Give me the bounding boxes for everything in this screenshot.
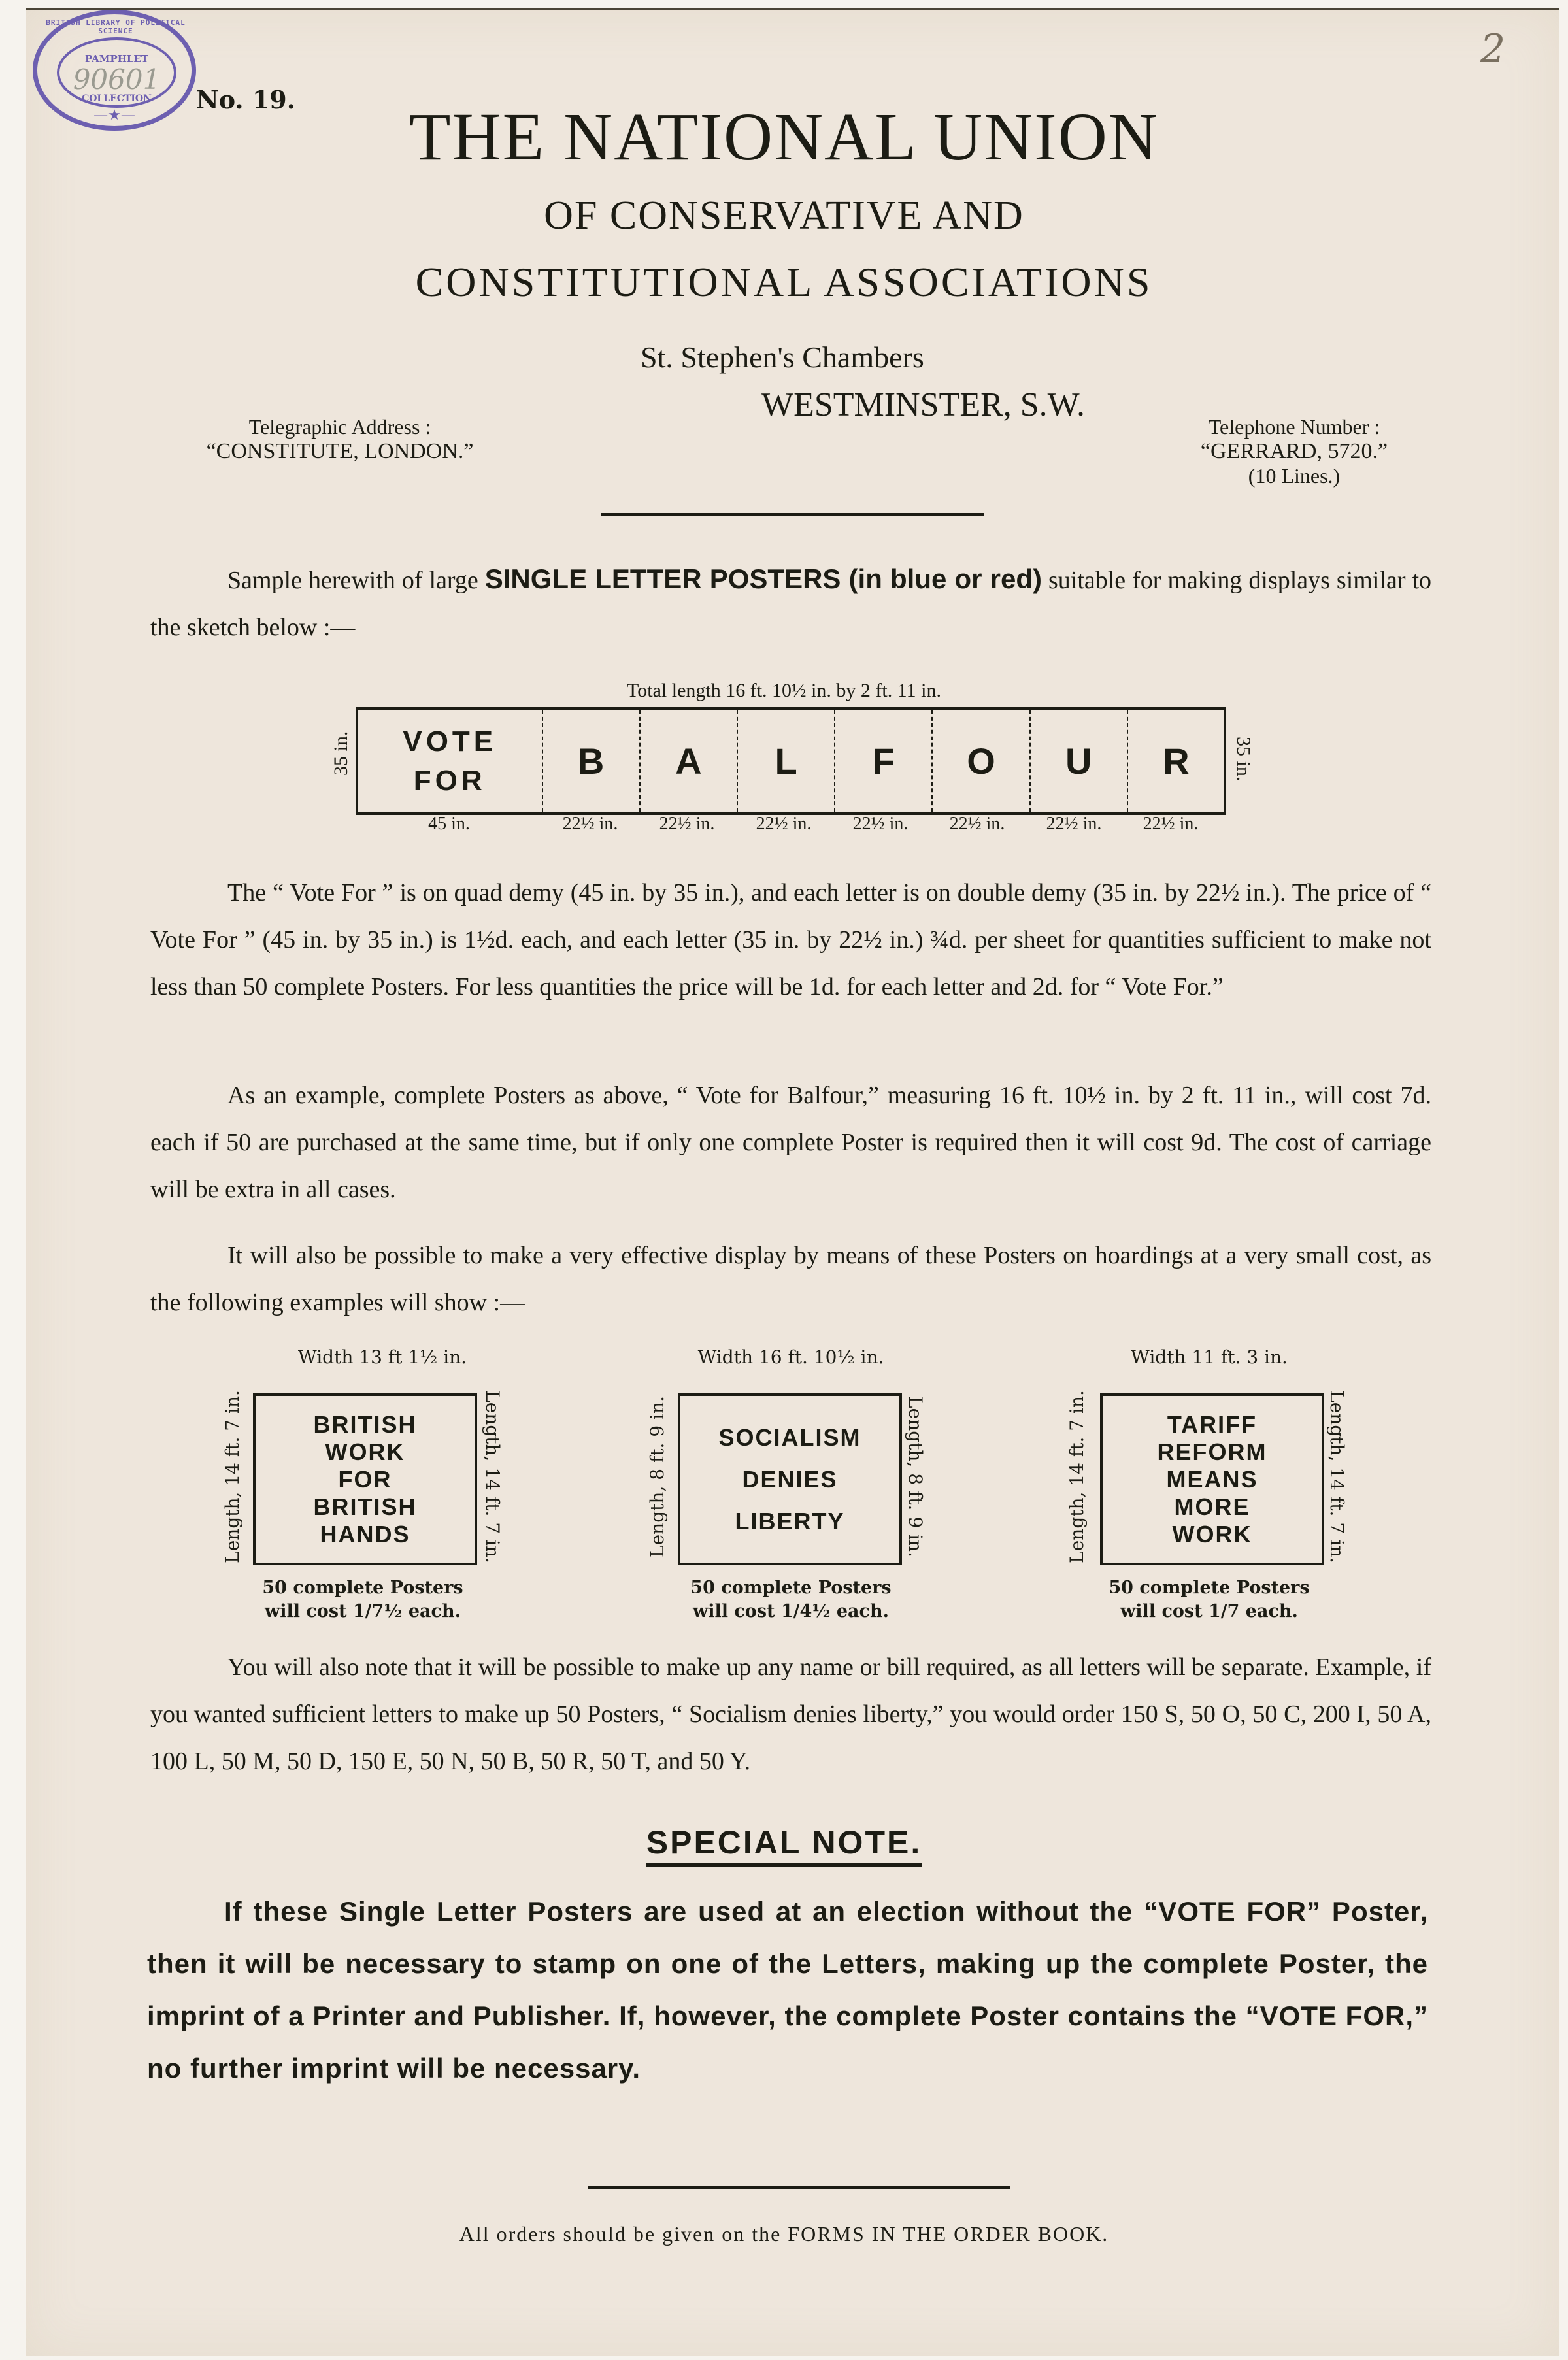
subtitle-line1: OF CONSERVATIVE AND [0,193,1568,239]
stamp-handwritten-number: 90601 [59,63,174,95]
telephone-label: Telephone Number : [1150,415,1438,439]
hoardings-text: It will also be possible to make a very … [150,1242,1431,1316]
poster-line: BRITISH [314,1493,417,1521]
pricing-paragraph: The “ Vote For ” is on quad demy (45 in.… [150,869,1431,1010]
example-width: Width 16 ft. 10½ in. [637,1346,944,1368]
example-cost: 50 complete Posters will cost 1/7 each. [1056,1576,1363,1623]
example-length-right: Length, 8 ft. 9 in. [902,1393,928,1560]
example-length-right: Length, 14 ft. 7 in. [479,1393,505,1560]
intro-paragraph: Sample herewith of large SINGLE LETTER P… [150,556,1431,651]
stamp-inner-oval: PAMPHLET 90601 COLLECTION [57,37,176,108]
telegraphic-label: Telegraphic Address : [170,415,510,439]
example-cost: 50 complete Posters will cost 1/7½ each. [212,1576,513,1623]
poster-line: SOCIALISM [718,1417,861,1459]
address-line1: St. Stephen's Chambers [641,340,924,374]
cost-line: 50 complete Posters [212,1576,513,1600]
cost-line: 50 complete Posters [1056,1576,1363,1600]
special-note-body: If these Single Letter Posters are used … [147,1886,1428,2095]
example-text: As an example, complete Posters as above… [150,1082,1431,1203]
header-divider [601,513,984,516]
telephone-value: “GERRARD, 5720.” [1150,439,1438,464]
example-length-left: Length, 14 ft. 7 in. [219,1393,245,1560]
example-length-left: Length, 8 ft. 9 in. [644,1393,670,1560]
example-width: Width 13 ft 1½ in. [212,1346,552,1368]
example-poster-british-work: Width 13 ft 1½ in. Length, 14 ft. 7 in. … [212,1346,552,1621]
example-poster-socialism: Width 16 ft. 10½ in. Length, 8 ft. 9 in.… [637,1346,944,1621]
vote-label: VOTE [403,722,497,761]
cost-line: will cost 1/7½ each. [212,1600,513,1623]
page-title: THE NATIONAL UNION [0,98,1568,176]
footer-divider [588,2186,1010,2189]
letter-panel: R [1128,710,1224,812]
subtitle-line2: CONSTITUTIONAL ASSOCIATIONS [0,258,1568,307]
example-poster-box: SOCIALISM DENIES LIBERTY [678,1393,902,1565]
telegraphic-value: “CONSTITUTE, LONDON.” [170,439,510,464]
vote-for-panel: VOTE FOR [358,710,543,812]
telegraphic-address: Telegraphic Address : “CONSTITUTE, LONDO… [170,415,510,464]
telephone-lines: (10 Lines.) [1150,464,1438,488]
width-label: 22½ in. [1122,814,1219,835]
intro-text-pre: Sample herewith of large [227,567,478,594]
for-label: FOR [414,761,486,801]
telephone-number: Telephone Number : “GERRARD, 5720.” (10 … [1150,415,1438,488]
poster-line: BRITISH [314,1411,417,1438]
diagram-caption: Total length 16 ft. 10½ in. by 2 ft. 11 … [0,680,1568,702]
intro-bold-text: SINGLE LETTER POSTERS (in blue or red) [485,563,1042,594]
letter-panel: B [543,710,641,812]
poster-line: MEANS [1166,1466,1258,1493]
footer-note: All orders should be given on the FORMS … [0,2222,1568,2246]
poster-line: DENIES [742,1459,837,1501]
letter-panel: O [933,710,1030,812]
width-label: 45 in. [356,814,542,835]
special-note-heading: SPECIAL NOTE. [0,1823,1568,1861]
vote-for-balfour-diagram: VOTE FOR B A L F O U R [356,707,1226,815]
letter-panel: L [738,710,835,812]
width-label: 22½ in. [929,814,1026,835]
example-cost: 50 complete Posters will cost 1/4½ each. [637,1576,944,1623]
cost-line: will cost 1/7 each. [1056,1600,1363,1623]
poster-line: TARIFF [1167,1411,1257,1438]
pencil-page-mark: 2 [1480,26,1505,72]
letter-panel: F [835,710,933,812]
pricing-text: The “ Vote For ” is on quad demy (45 in.… [150,879,1431,1001]
width-label: 22½ in. [1026,814,1122,835]
special-note-heading-text: SPECIAL NOTE. [646,1824,922,1867]
example-poster-box: TARIFF REFORM MEANS MORE WORK [1100,1393,1324,1565]
address-line2: WESTMINSTER, S.W. [761,386,1085,424]
cost-line: will cost 1/4½ each. [637,1600,944,1623]
width-label: 22½ in. [639,814,735,835]
diagram-height-left: 35 in. [322,745,361,771]
width-label: 22½ in. [832,814,929,835]
poster-line: LIBERTY [735,1501,844,1542]
poster-line: FOR [339,1466,392,1493]
poster-line: WORK [325,1438,405,1466]
width-label: 22½ in. [542,814,639,835]
hoardings-paragraph: It will also be possible to make a very … [150,1232,1431,1326]
example-length-right: Length, 14 ft. 7 in. [1324,1393,1350,1560]
poster-line: WORK [1173,1521,1252,1548]
ordering-paragraph: You will also note that it will be possi… [150,1644,1431,1785]
poster-line: REFORM [1158,1438,1267,1466]
diagram-width-labels: 45 in. 22½ in. 22½ in. 22½ in. 22½ in. 2… [356,814,1226,835]
example-width: Width 11 ft. 3 in. [1056,1346,1363,1368]
cost-line: 50 complete Posters [637,1576,944,1600]
special-note-text: If these Single Letter Posters are used … [147,1896,1428,2084]
letter-panel: A [641,710,738,812]
letter-panel: U [1031,710,1128,812]
example-poster-box: BRITISH WORK FOR BRITISH HANDS [253,1393,477,1565]
poster-line: HANDS [320,1521,410,1548]
ordering-text: You will also note that it will be possi… [150,1654,1431,1775]
width-label: 22½ in. [735,814,832,835]
example-poster-tariff-reform: Width 11 ft. 3 in. Length, 14 ft. 7 in. … [1056,1346,1363,1621]
example-paragraph: As an example, complete Posters as above… [150,1072,1431,1213]
poster-line: MORE [1175,1493,1250,1521]
diagram-height-right: 35 in. [1224,745,1263,771]
example-length-left: Length, 14 ft. 7 in. [1063,1393,1090,1560]
stamp-ring-text: BRITISH LIBRARY OF POLITICAL SCIENCE [44,18,188,35]
